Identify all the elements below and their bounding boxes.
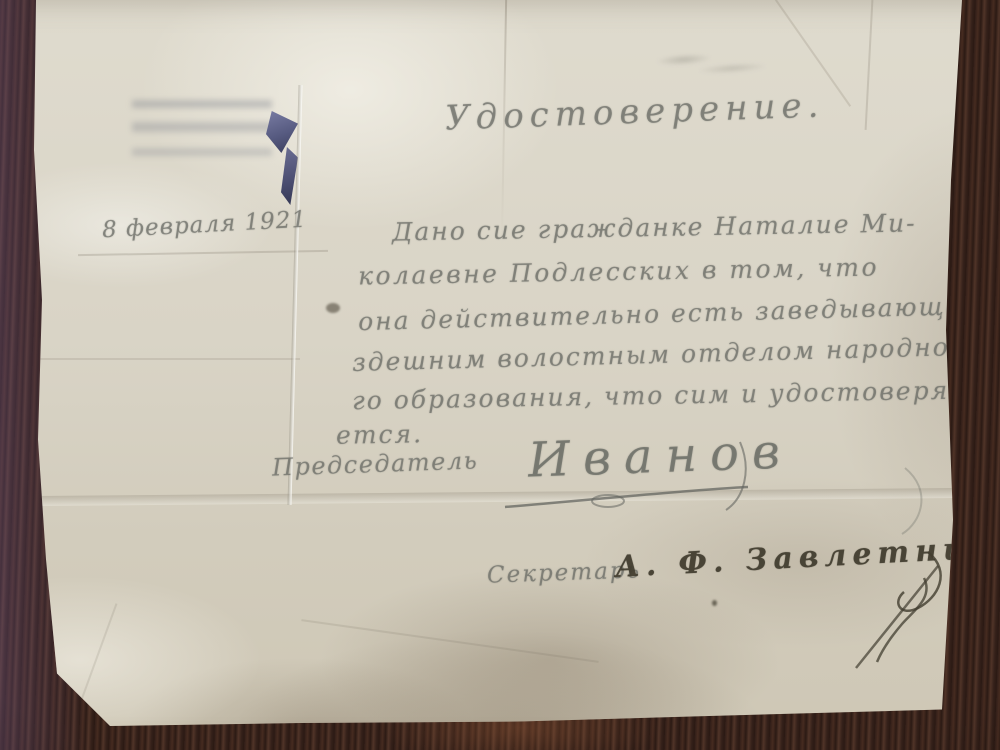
photo-of-handwritten-certificate: Удостоверение. 8 февраля 1921 Дано сие г… xyxy=(0,0,1000,750)
photo-vignette xyxy=(0,0,1000,750)
